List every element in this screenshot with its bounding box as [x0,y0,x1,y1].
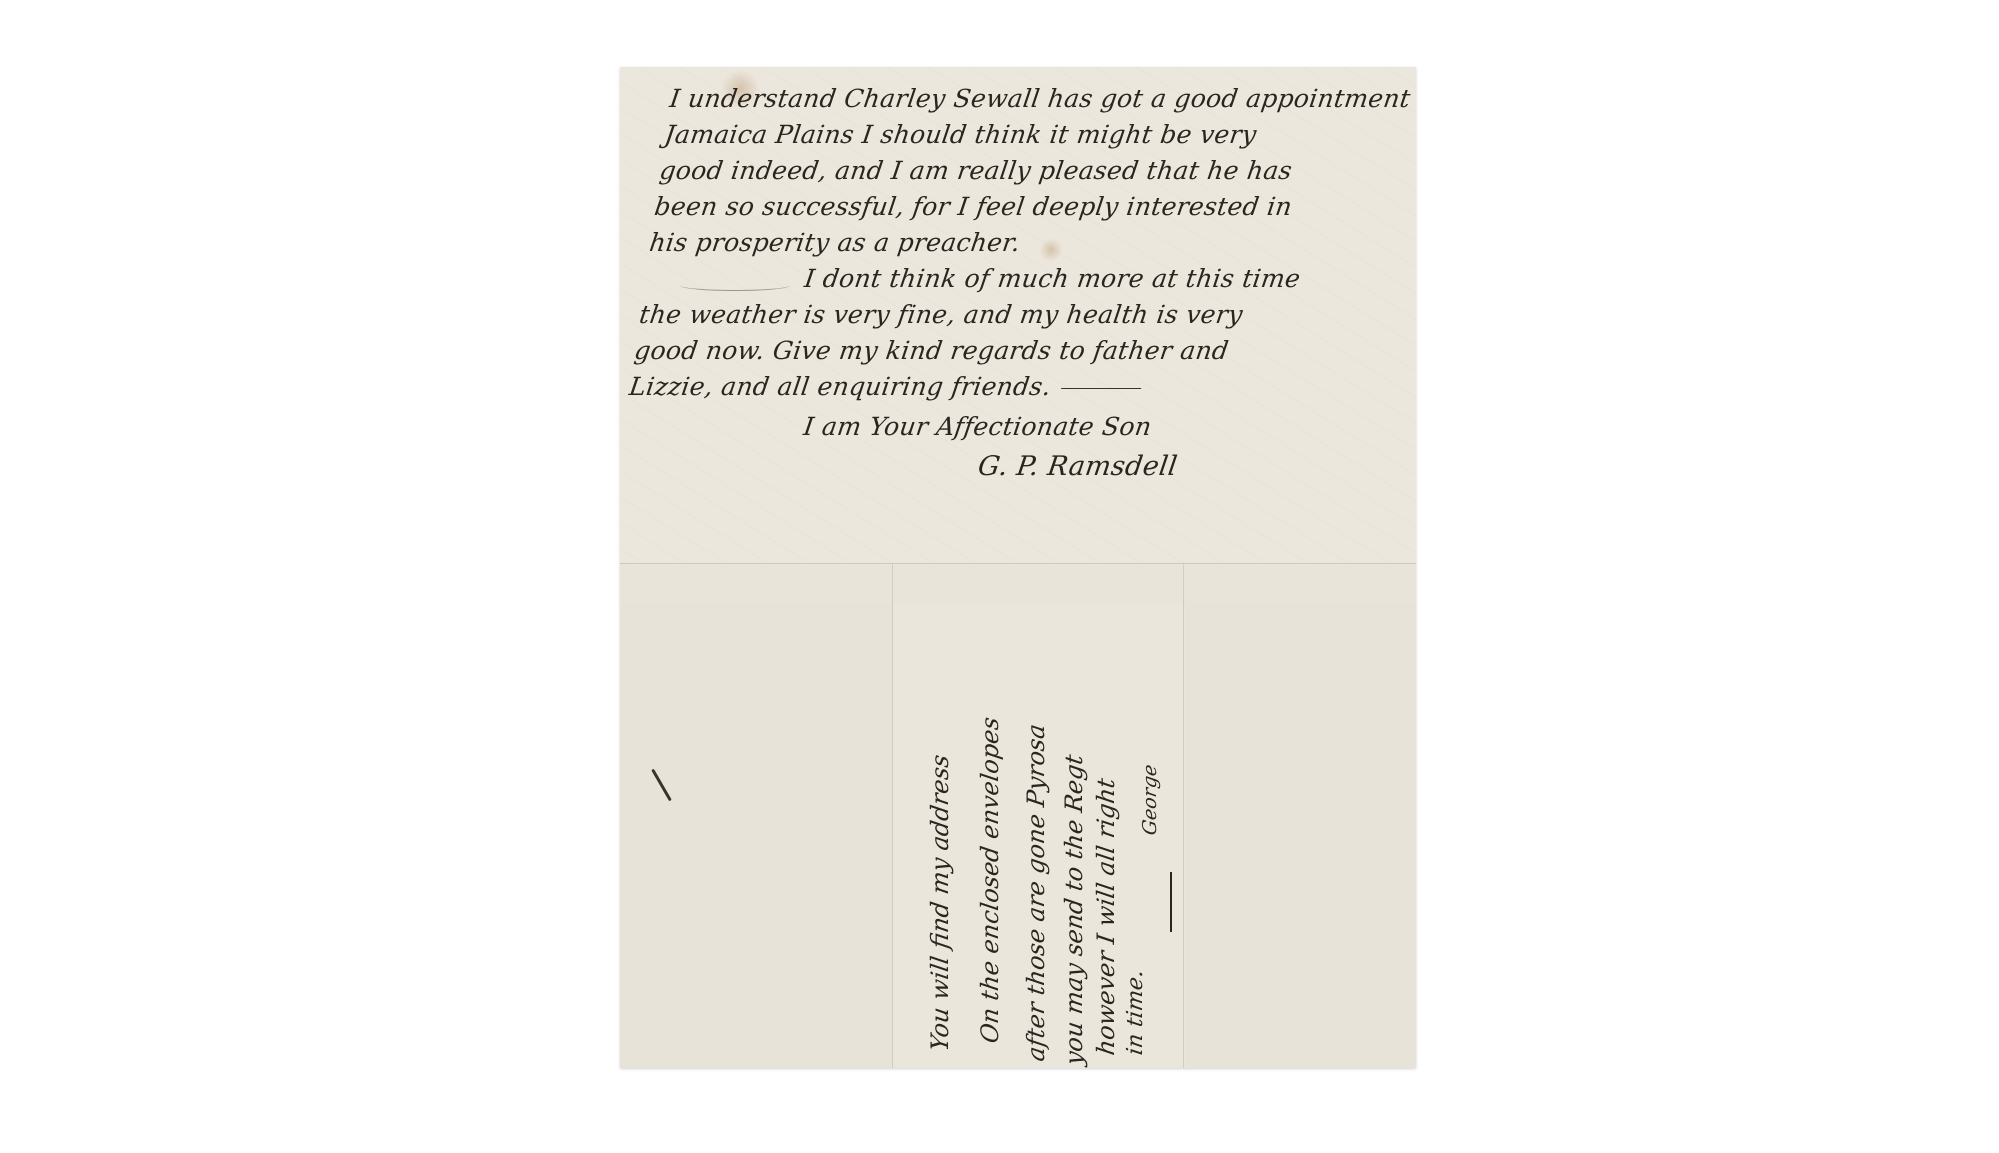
vertical-note-line: You will find my address [926,753,954,1053]
body-line: his prosperity as a preacher. [647,225,1416,261]
letter-sheet: I understand Charley Sewall has got a go… [620,67,1416,1068]
fold-line-vertical [1183,564,1185,1068]
vertical-note-line: you may send to the Regt [1060,753,1088,1067]
body-line: Lizzie, and all enquiring friends. [627,369,1402,405]
lower-right-panel [1185,603,1416,1068]
signoff-dash [1170,872,1172,932]
fold-band [620,563,1416,603]
body-line: I dont think of much more at this time [642,261,1416,297]
vertical-note-line: On the enclosed envelopes [976,715,1004,1045]
body-line: been so successful, for I feel deeply in… [652,189,1416,225]
fold-line-vertical [892,564,894,1068]
fold-line-horizontal [620,563,1416,565]
body-line: the weather is very fine, and my health … [637,297,1412,333]
body-line: Jamaica Plains I should think it might b… [662,117,1416,153]
paragraph-flourish [680,280,790,291]
vertical-note-line: however I will all right [1092,776,1120,1057]
signature: G. P. Ramsdell [620,449,1391,485]
vertical-note: You will find my address On the enclosed… [920,627,1180,1067]
closing-line: I am Your Affectionate Son [621,409,1396,445]
body-line-text: Lizzie, and all enquiring friends. [627,372,1053,401]
body-line: good now. Give my kind regards to father… [632,333,1407,369]
vertical-note-line: in time. [1122,968,1150,1057]
closing-dash [1061,388,1141,389]
vertical-note-signoff: George [1136,763,1164,837]
lower-left-panel [620,603,892,1068]
body-line: good indeed, and I am really pleased tha… [657,153,1416,189]
body-line: I understand Charley Sewall has got a go… [667,81,1416,117]
vertical-note-line: after those are gone Pyrosa [1022,722,1050,1063]
